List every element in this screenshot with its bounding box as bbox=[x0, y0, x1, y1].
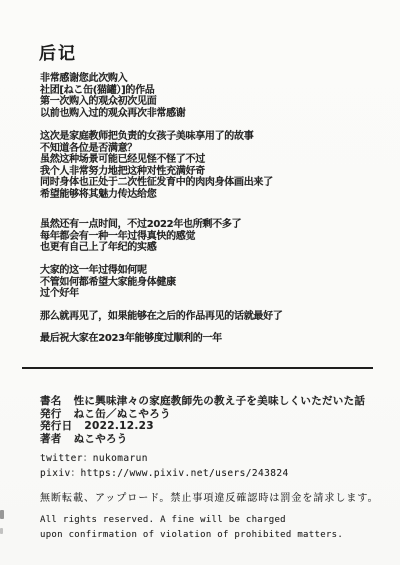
afterword-paragraph: 这次是家庭教师把负责的女孩子美味享用了的故事 不知道各位是否满意？ 虽然这种场景… bbox=[40, 131, 273, 200]
afterword-paragraph: 那么就再见了，如果能够在之后的作品再见的话就最好了 bbox=[40, 311, 283, 323]
colophon-value: ねこ缶／ぬこやろう bbox=[74, 408, 171, 420]
twitter-handle: twitter：nukomarun bbox=[40, 451, 289, 466]
afterword-page: 后记 非常感谢您此次购入 社团[ねこ缶(猫罐）]的作品 第一次购入的观众初次见面… bbox=[0, 0, 400, 565]
copyright-notice-en: All rights reserved. A fine will be char… bbox=[40, 513, 343, 542]
colophon-label: 書名 bbox=[40, 395, 62, 408]
colophon-row: 著者ぬこやろう bbox=[40, 433, 365, 446]
colophon-label: 発行日 bbox=[40, 420, 72, 433]
colophon-value: 性に興味津々の家庭教師先の教え子を美味しくいただいた話 bbox=[74, 395, 366, 407]
colophon-label: 発行 bbox=[40, 408, 62, 421]
colophon-value: ぬこやろう bbox=[74, 433, 128, 445]
scan-artifact bbox=[0, 528, 3, 534]
scan-artifact bbox=[0, 510, 4, 519]
divider bbox=[22, 367, 373, 369]
colophon-row: 発行日2022.12.23 bbox=[40, 420, 365, 433]
colophon-label: 著者 bbox=[40, 433, 62, 446]
afterword-paragraph: 虽然还有一点时间，不过2022年也所剩不多了 每年都会有一种一年过得真快的感觉 … bbox=[40, 219, 241, 254]
colophon-row: 書名性に興味津々の家庭教師先の教え子を美味しくいただいた話 bbox=[40, 395, 365, 408]
pixiv-url: pixiv：https://www.pixiv.net/users/243824 bbox=[40, 466, 289, 481]
colophon-row: 発行ねこ缶／ぬこやろう bbox=[40, 408, 365, 421]
afterword-paragraph: 最后祝大家在2023年能够度过顺利的一年 bbox=[40, 333, 222, 345]
colophon: 書名性に興味津々の家庭教師先の教え子を美味しくいただいた話 発行ねこ缶／ぬこやろ… bbox=[40, 395, 365, 445]
author-links: twitter：nukomarun pixiv：https://www.pixi… bbox=[40, 451, 289, 481]
afterword-paragraph: 非常感谢您此次购入 社团[ねこ缶(猫罐）]的作品 第一次购入的观众初次见面 以前… bbox=[40, 73, 186, 119]
afterword-paragraph: 大家的这一年过得如何呢 不管如何都希望大家能身体健康 过个好年 bbox=[40, 265, 176, 300]
copyright-notice-jp: 無断転載、アップロード。禁止事項違反確認時は罰金を請求します。 bbox=[40, 489, 379, 504]
colophon-value: 2022.12.23 bbox=[84, 420, 153, 432]
page-title: 后记 bbox=[39, 39, 77, 64]
